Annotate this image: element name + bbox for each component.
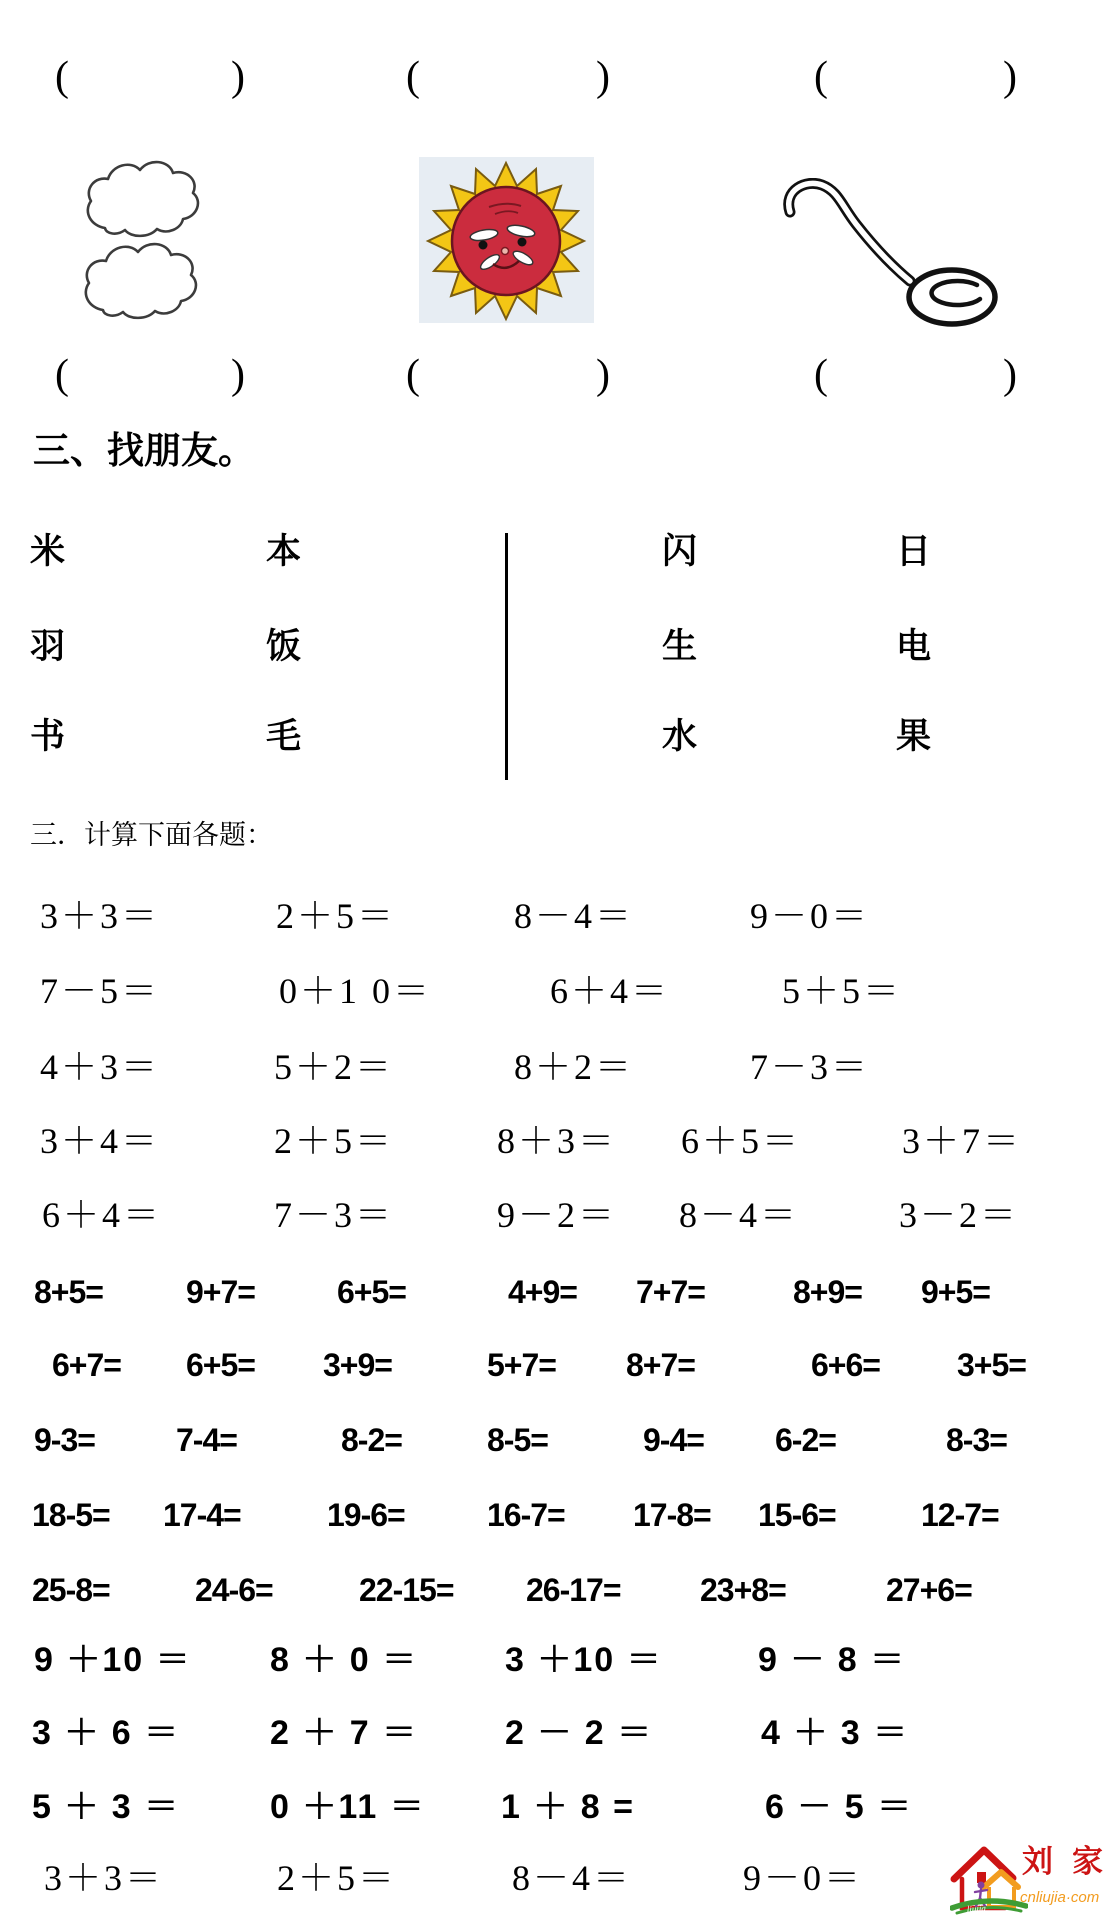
math-expression: 9－2＝ (497, 1197, 617, 1233)
math-expression: 3－2＝ (899, 1197, 1019, 1233)
math-expression: 16-7= (487, 1499, 565, 1531)
math-expression: 9-3= (34, 1424, 95, 1456)
math-expression: 15-6= (758, 1499, 836, 1531)
math-row: 8+5= 9+7= 6+5= 4+9= 7+7= 8+9= 9+5= (0, 1276, 1111, 1318)
match-character: 水 (662, 719, 697, 754)
math-row: 3＋3＝ 2＋5＝ 8－4＝ 9－0＝ (0, 1860, 1111, 1902)
math-row: 5 ＋ 3 ＝ 0 ＋11 ＝ 1 ＋ 8 = 6 － 5 ＝ (0, 1790, 1111, 1832)
math-expression: 8＋3＝ (497, 1123, 617, 1159)
math-expression: 2 － 2 ＝ (505, 1716, 653, 1750)
match-character: 毛 (266, 719, 301, 754)
math-expression: 8－4＝ (512, 1860, 632, 1896)
math-expression: 8+5= (34, 1276, 103, 1308)
math-expression: 8－4＝ (679, 1197, 799, 1233)
math-expression: 8-5= (487, 1424, 548, 1456)
math-row: 9-3= 7-4= 8-2= 8-5= 9-4= 6-2= 8-3= (0, 1424, 1111, 1466)
math-expression: 8 ＋ 0 ＝ (270, 1643, 418, 1677)
match-character: 饭 (266, 629, 301, 664)
math-expression: 6+5= (186, 1349, 255, 1381)
ladle-drawing (780, 178, 1008, 328)
math-expression: 7+7= (636, 1276, 705, 1308)
math-expression: 25-8= (32, 1574, 110, 1606)
math-expression: 6＋5＝ (681, 1123, 801, 1159)
math-row: 4＋3＝ 5＋2＝ 8＋2＝ 7－3＝ (0, 1049, 1111, 1091)
answer-blank-parens: () (406, 56, 610, 98)
math-row: 3＋4＝ 2＋5＝ 8＋3＝ 6＋5＝ 3＋7＝ (0, 1123, 1111, 1165)
answer-blank-parens: () (55, 354, 245, 396)
paren-open: ( (55, 56, 69, 98)
match-character: 米 (30, 534, 65, 569)
math-expression: 23+8= (700, 1574, 786, 1606)
math-expression: 24-6= (195, 1574, 273, 1606)
math-expression: 2＋5＝ (274, 1123, 394, 1159)
math-expression: 3＋7＝ (902, 1123, 1022, 1159)
math-expression: 3＋3＝ (40, 898, 160, 934)
math-expression: 26-17= (526, 1574, 621, 1606)
math-row: 18-5= 17-4= 19-6= 16-7= 17-8= 15-6= 12-7… (0, 1499, 1111, 1541)
math-expression: 8＋2＝ (514, 1049, 634, 1085)
math-expression: 2 ＋ 7 ＝ (270, 1716, 418, 1750)
math-expression: 19-6= (327, 1499, 405, 1531)
math-expression: 6＋4＝ (550, 973, 670, 1009)
math-expression: 0＋1 0＝ (279, 973, 432, 1009)
math-expression: 8-2= (341, 1424, 402, 1456)
math-row: 3＋3＝ 2＋5＝ 8－4＝ 9－0＝ (0, 898, 1111, 940)
math-expression: 6+7= (52, 1349, 121, 1381)
math-expression: 5＋2＝ (274, 1049, 394, 1085)
math-expression: 9 ＋10 ＝ (34, 1643, 192, 1677)
math-expression: 1 ＋ 8 = (501, 1790, 635, 1824)
paren-close: ) (596, 56, 610, 98)
match-character: 羽 (30, 629, 65, 664)
math-expression: 27+6= (886, 1574, 972, 1606)
math-expression: 4 ＋ 3 ＝ (761, 1716, 909, 1750)
math-row: 9 ＋10 ＝ 8 ＋ 0 ＝ 3 ＋10 ＝ 9 － 8 ＝ (0, 1643, 1111, 1685)
find-friends-title: 三、找朋友。 (33, 430, 255, 473)
math-expression: 18-5= (32, 1499, 110, 1531)
paren-close: ) (596, 354, 610, 396)
math-expression: 9-4= (643, 1424, 704, 1456)
clouds-drawing (75, 150, 210, 320)
math-row: 7－5＝ 0＋1 0＝ 6＋4＝ 5＋5＝ (0, 973, 1111, 1015)
paren-open: ( (814, 354, 828, 396)
math-expression: 3＋3＝ (44, 1860, 164, 1896)
math-row: 3 ＋ 6 ＝ 2 ＋ 7 ＝ 2 － 2 ＝ 4 ＋ 3 ＝ (0, 1716, 1111, 1758)
math-expression: 3＋4＝ (40, 1123, 160, 1159)
math-expression: 4+9= (508, 1276, 577, 1308)
math-expression: 2＋5＝ (276, 898, 396, 934)
math-expression: 4＋3＝ (40, 1049, 160, 1085)
match-character: 生 (662, 629, 697, 664)
paren-open: ( (814, 56, 828, 98)
math-expression: 5＋5＝ (782, 973, 902, 1009)
match-character: 书 (30, 719, 65, 754)
paren-open: ( (406, 354, 420, 396)
divider-line (505, 533, 508, 780)
math-expression: 6-2= (775, 1424, 836, 1456)
paren-open: ( (55, 354, 69, 396)
math-expression: 2＋5＝ (277, 1860, 397, 1896)
math-expression: 9－0＝ (743, 1860, 863, 1896)
worksheet-page: () () () () () (0, 0, 1111, 1917)
math-expression: 6+6= (811, 1349, 880, 1381)
math-expression: 7-4= (176, 1424, 237, 1456)
sun-face-drawing (419, 157, 594, 323)
house-icon: liujia (950, 1845, 1028, 1917)
math-expression: 8+7= (626, 1349, 695, 1381)
match-character: 日 (896, 534, 931, 569)
match-character: 本 (266, 534, 301, 569)
math-expression: 9－0＝ (750, 898, 870, 934)
paren-close: ) (231, 56, 245, 98)
math-expression: 9 － 8 ＝ (758, 1643, 906, 1677)
match-character: 果 (896, 719, 931, 754)
answer-blank-parens: () (55, 56, 245, 98)
math-expression: 6 － 5 ＝ (765, 1790, 913, 1824)
paren-close: ) (1003, 354, 1017, 396)
math-expression: 6+5= (337, 1276, 406, 1308)
site-logo: liujia 刘家 cnliujia·com (950, 1845, 1111, 1917)
math-expression: 3 ＋ 6 ＝ (32, 1716, 180, 1750)
math-expression: 3+9= (323, 1349, 392, 1381)
math-row: 6＋4＝ 7－3＝ 9－2＝ 8－4＝ 3－2＝ (0, 1197, 1111, 1239)
answer-blank-parens: () (814, 354, 1017, 396)
paren-open: ( (406, 56, 420, 98)
paren-close: ) (231, 354, 245, 396)
logo-site-url: cnliujia·com (1020, 1889, 1099, 1906)
logo-grass-text: liujia (967, 1903, 987, 1914)
math-row: 6+7= 6+5= 3+9= 5+7= 8+7= 6+6= 3+5= (0, 1349, 1111, 1391)
math-row: 25-8= 24-6= 22-15= 26-17= 23+8= 27+6= (0, 1574, 1111, 1616)
math-expression: 9+5= (921, 1276, 990, 1308)
math-expression: 8+9= (793, 1276, 862, 1308)
math-expression: 3+5= (957, 1349, 1026, 1381)
answer-blank-parens: () (406, 354, 610, 396)
match-character: 闪 (662, 534, 697, 569)
calculate-title: 三．计算下面各题： (30, 820, 273, 851)
math-expression: 6＋4＝ (42, 1197, 162, 1233)
math-expression: 0 ＋11 ＝ (270, 1790, 426, 1824)
math-expression: 7－5＝ (40, 973, 160, 1009)
math-expression: 17-4= (163, 1499, 241, 1531)
math-expression: 8－4＝ (514, 898, 634, 934)
math-expression: 22-15= (359, 1574, 454, 1606)
math-expression: 5 ＋ 3 ＝ (32, 1790, 180, 1824)
math-expression: 8-3= (946, 1424, 1007, 1456)
math-expression: 5+7= (487, 1349, 556, 1381)
match-character: 电 (896, 629, 931, 664)
math-expression: 12-7= (921, 1499, 999, 1531)
paren-close: ) (1003, 56, 1017, 98)
math-expression: 9+7= (186, 1276, 255, 1308)
math-expression: 3 ＋10 ＝ (505, 1643, 663, 1677)
answer-blank-parens: () (814, 56, 1017, 98)
logo-brand: 刘家 (1022, 1845, 1111, 1879)
math-expression: 17-8= (633, 1499, 711, 1531)
math-expression: 7－3＝ (750, 1049, 870, 1085)
math-expression: 7－3＝ (274, 1197, 394, 1233)
